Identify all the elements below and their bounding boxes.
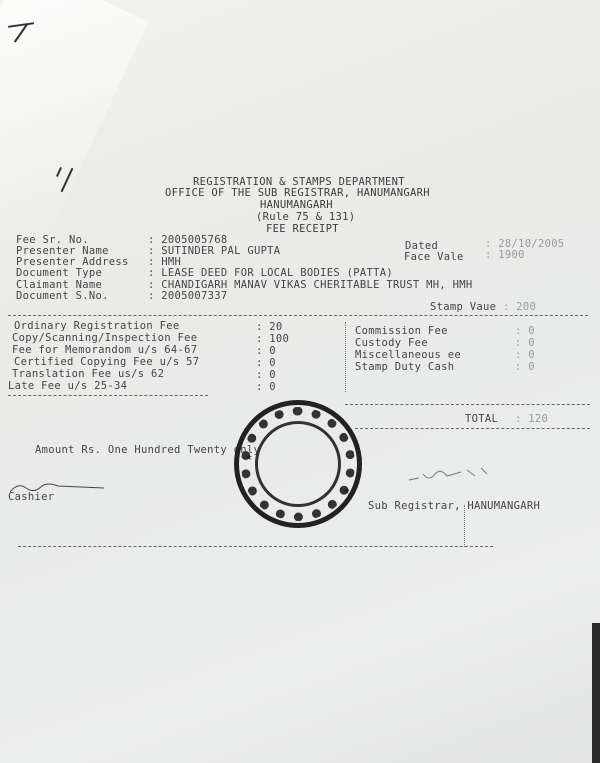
amount-in-words: Amount Rs. One Hundred Twenty only [35,444,260,456]
total-value: : 120 [515,413,548,425]
fee-label-translation: Translation Fee us/s 62 [12,368,164,380]
office-title: OFFICE OF THE SUB REGISTRAR, HANUMANGARH [165,187,430,199]
fee-label-late: Late Fee u/s 25-34 [8,380,127,392]
fee-value-translation: : 0 [256,369,276,381]
official-seal: ★ ★ [234,400,362,528]
office-city: HANUMANGARH [260,199,333,211]
page-edge-shadow [592,623,600,763]
fee-label-memorandom: Fee for Memorandom u/s 64-67 [12,344,197,356]
rule-reference: (Rule 75 & 131) [256,211,355,223]
fee-value-commission: : 0 [515,325,535,337]
fee-value-custody: : 0 [515,337,535,349]
document-sno-value: : 2005007337 [148,290,227,302]
fee-label-custody: Custody Fee [355,337,428,349]
divider-lower-left [8,395,208,396]
stamp-value-label: Stamp Vaue [430,301,496,313]
seal-star-icon: ★ [245,449,252,463]
face-value-label: Face Vale [404,251,464,263]
fee-label-commission: Commission Fee [355,325,448,337]
fee-label-copy: Copy/Scanning/Inspection Fee [12,332,197,344]
cashier-label: Cashier [8,491,54,503]
sub-registrar-signature [405,462,515,492]
fee-label-certified: Certified Copying Fee u/s 57 [14,356,199,368]
fee-value-miscellaneous: : 0 [515,349,535,361]
face-value-value: : 1900 [485,249,525,261]
seal-inner-circle [255,421,341,507]
divider-total-top [345,404,590,405]
fee-value-late: : 0 [256,381,276,393]
document-type-value: : LEASE DEED FOR LOCAL BODIES (PATTA) [148,267,393,279]
fee-label-ordinary: Ordinary Registration Fee [14,320,180,332]
fee-column-divider [345,322,346,392]
right-vertical-rule [464,505,465,547]
fee-value-memorandom: : 0 [256,345,276,357]
divider-total-bottom [355,428,590,429]
divider-bottom [18,546,493,547]
document-type-label: Document Type [16,267,102,279]
fee-value-stamp-duty: : 0 [515,361,535,373]
fee-value-copy: : 100 [256,333,289,345]
document-sno-label: Document S.No. [16,290,109,302]
stamp-value-value: : 200 [503,301,536,313]
fee-value-ordinary: : 20 [256,321,283,333]
receipt-title: FEE RECEIPT [266,223,339,235]
sub-registrar-label: Sub Registrar, HANUMANGARH [368,500,540,512]
seal-star-icon: ★ [343,483,350,497]
total-label: TOTAL [465,413,498,425]
fee-value-certified: : 0 [256,357,276,369]
fee-label-miscellaneous: Miscellaneous ee [355,349,461,361]
fee-label-stamp-duty: Stamp Duty Cash [355,361,454,373]
divider-top [8,315,588,316]
scan-glare [0,0,148,257]
